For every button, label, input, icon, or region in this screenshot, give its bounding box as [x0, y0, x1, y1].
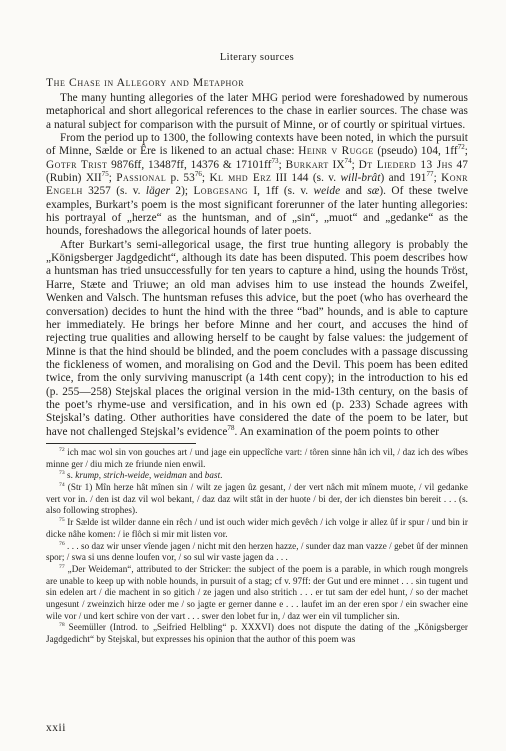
page-number: xxii — [46, 722, 66, 734]
footnote: 72 ich mac wol sin von gouches art / und… — [46, 447, 468, 470]
paragraph: The many hunting allegories of the later… — [46, 92, 468, 132]
footnote-text: (Str 1) Mîn herze hât mînen sin / wilt z… — [46, 482, 468, 515]
footnote-text: . . . so daz wir unser vîende jagen / ni… — [46, 541, 468, 563]
running-header: Literary sources — [46, 52, 468, 63]
body-text: The many hunting allegories of the later… — [46, 92, 468, 439]
footnote-text: „Der Weideman“, attributed to der Strick… — [46, 564, 468, 621]
paragraph: From the period up to 1300, the followin… — [46, 132, 468, 239]
paragraph: After Burkart’s semi-allegorical usage, … — [46, 239, 468, 439]
footnote: 76 . . . so daz wir unser vîende jagen /… — [46, 541, 468, 564]
footnote-text: ich mac wol sin von gouches art / und ja… — [46, 447, 468, 469]
footnote: 75 Ir Sælde ist wilder danne ein rêch / … — [46, 517, 468, 540]
footnotes-list: 72 ich mac wol sin von gouches art / und… — [46, 447, 468, 646]
footnote-text: Seemüller (Introd. to „Seifried Helbling… — [46, 622, 468, 644]
footnote: 74 (Str 1) Mîn herze hât mînen sin / wil… — [46, 482, 468, 517]
footnote-separator — [46, 443, 196, 444]
footnote: 77 „Der Weideman“, attributed to der Str… — [46, 564, 468, 623]
section-heading: The Chase in Allegory and Metaphor — [46, 76, 468, 89]
footnote: 73 s. krump, strich-weide, weidman and b… — [46, 470, 468, 482]
footnote-text: s. krump, strich-weide, weidman and bast… — [65, 470, 223, 480]
book-page: Literary sources The Chase in Allegory a… — [0, 0, 506, 751]
footnote-text: Ir Sælde ist wilder danne ein rêch / und… — [46, 517, 468, 539]
footnote: 78 Seemüller (Introd. to „Seifried Helbl… — [46, 622, 468, 645]
